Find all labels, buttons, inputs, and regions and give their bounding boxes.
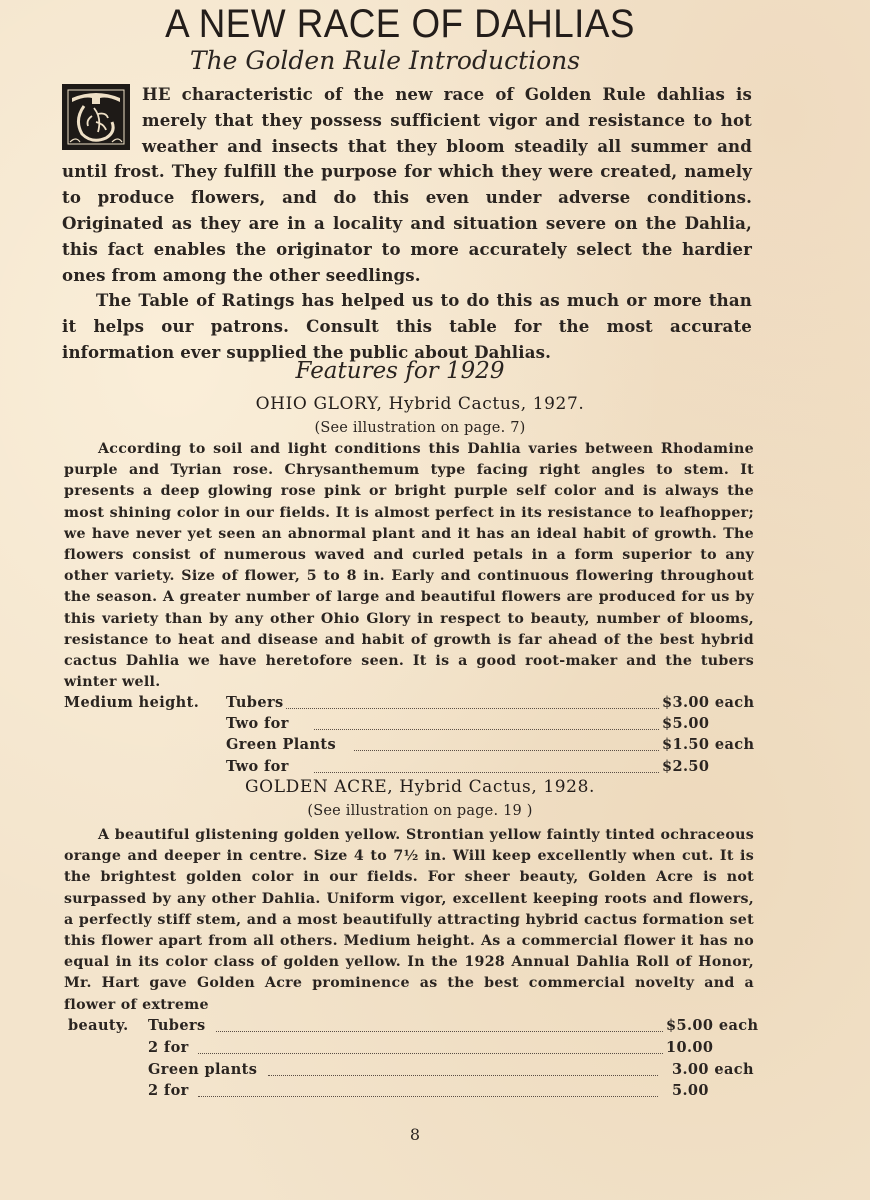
- price-value: 10.00: [666, 1039, 713, 1056]
- page-number: 8: [0, 1125, 830, 1144]
- leader-dots: [314, 772, 659, 773]
- intro-paragraph: The Table of Ratings has helped us to do…: [62, 288, 752, 365]
- catalog-page: A NEW RACE OF DAHLIAS The Golden Rule In…: [0, 0, 870, 1200]
- price-item: 2 for: [148, 1082, 189, 1099]
- price-item: Green Plants: [226, 736, 336, 753]
- features-heading: Features for 1929: [0, 358, 800, 384]
- price-row: Medium height. Tubers $3.00 each: [64, 694, 754, 711]
- variety-description: A beautiful glistening golden yellow. St…: [64, 825, 754, 1016]
- price-item: Two for: [226, 715, 289, 732]
- price-item: Two for: [226, 758, 289, 775]
- price-value: $2.50: [662, 758, 709, 775]
- price-value: 5.00: [672, 1082, 709, 1099]
- price-value: $5.00: [662, 715, 709, 732]
- price-lead: beauty.: [68, 1017, 129, 1034]
- leader-dots: [216, 1031, 663, 1032]
- price-value: $1.50 each: [662, 736, 754, 753]
- price-item: Tubers: [148, 1017, 206, 1034]
- leader-dots: [198, 1096, 658, 1097]
- price-item: Green plants: [148, 1061, 257, 1078]
- variety-title: GOLDEN ACRE, Hybrid Cactus, 1928.: [0, 777, 840, 797]
- page-subtitle: The Golden Rule Introductions: [0, 46, 770, 75]
- variety-description: According to soil and light conditions t…: [64, 439, 754, 693]
- price-item: Tubers: [226, 694, 284, 711]
- intro-paragraph: HE characteristic of the new race of Gol…: [62, 82, 752, 288]
- illustration-note: (See illustration on page. 19 ): [0, 803, 840, 819]
- drop-cap-t-icon: [62, 84, 130, 150]
- price-item: 2 for: [148, 1039, 189, 1056]
- price-lead: Medium height.: [64, 694, 199, 711]
- variety-title: OHIO GLORY, Hybrid Cactus, 1927.: [0, 394, 840, 414]
- page-title: A NEW RACE OF DAHLIAS: [32, 2, 768, 47]
- price-row: beauty. Tubers $5.00 each: [68, 1017, 758, 1034]
- price-value: 3.00 each: [672, 1061, 754, 1078]
- leader-dots: [286, 708, 659, 709]
- price-value: $5.00 each: [666, 1017, 758, 1034]
- intro-section: HE characteristic of the new race of Gol…: [62, 82, 752, 366]
- leader-dots: [268, 1075, 658, 1076]
- leader-dots: [354, 750, 659, 751]
- leader-dots: [314, 729, 659, 730]
- price-value: $3.00 each: [662, 694, 754, 711]
- leader-dots: [198, 1053, 663, 1054]
- illustration-note: (See illustration on page. 7): [0, 420, 840, 436]
- ornamental-letter-icon: [62, 84, 130, 150]
